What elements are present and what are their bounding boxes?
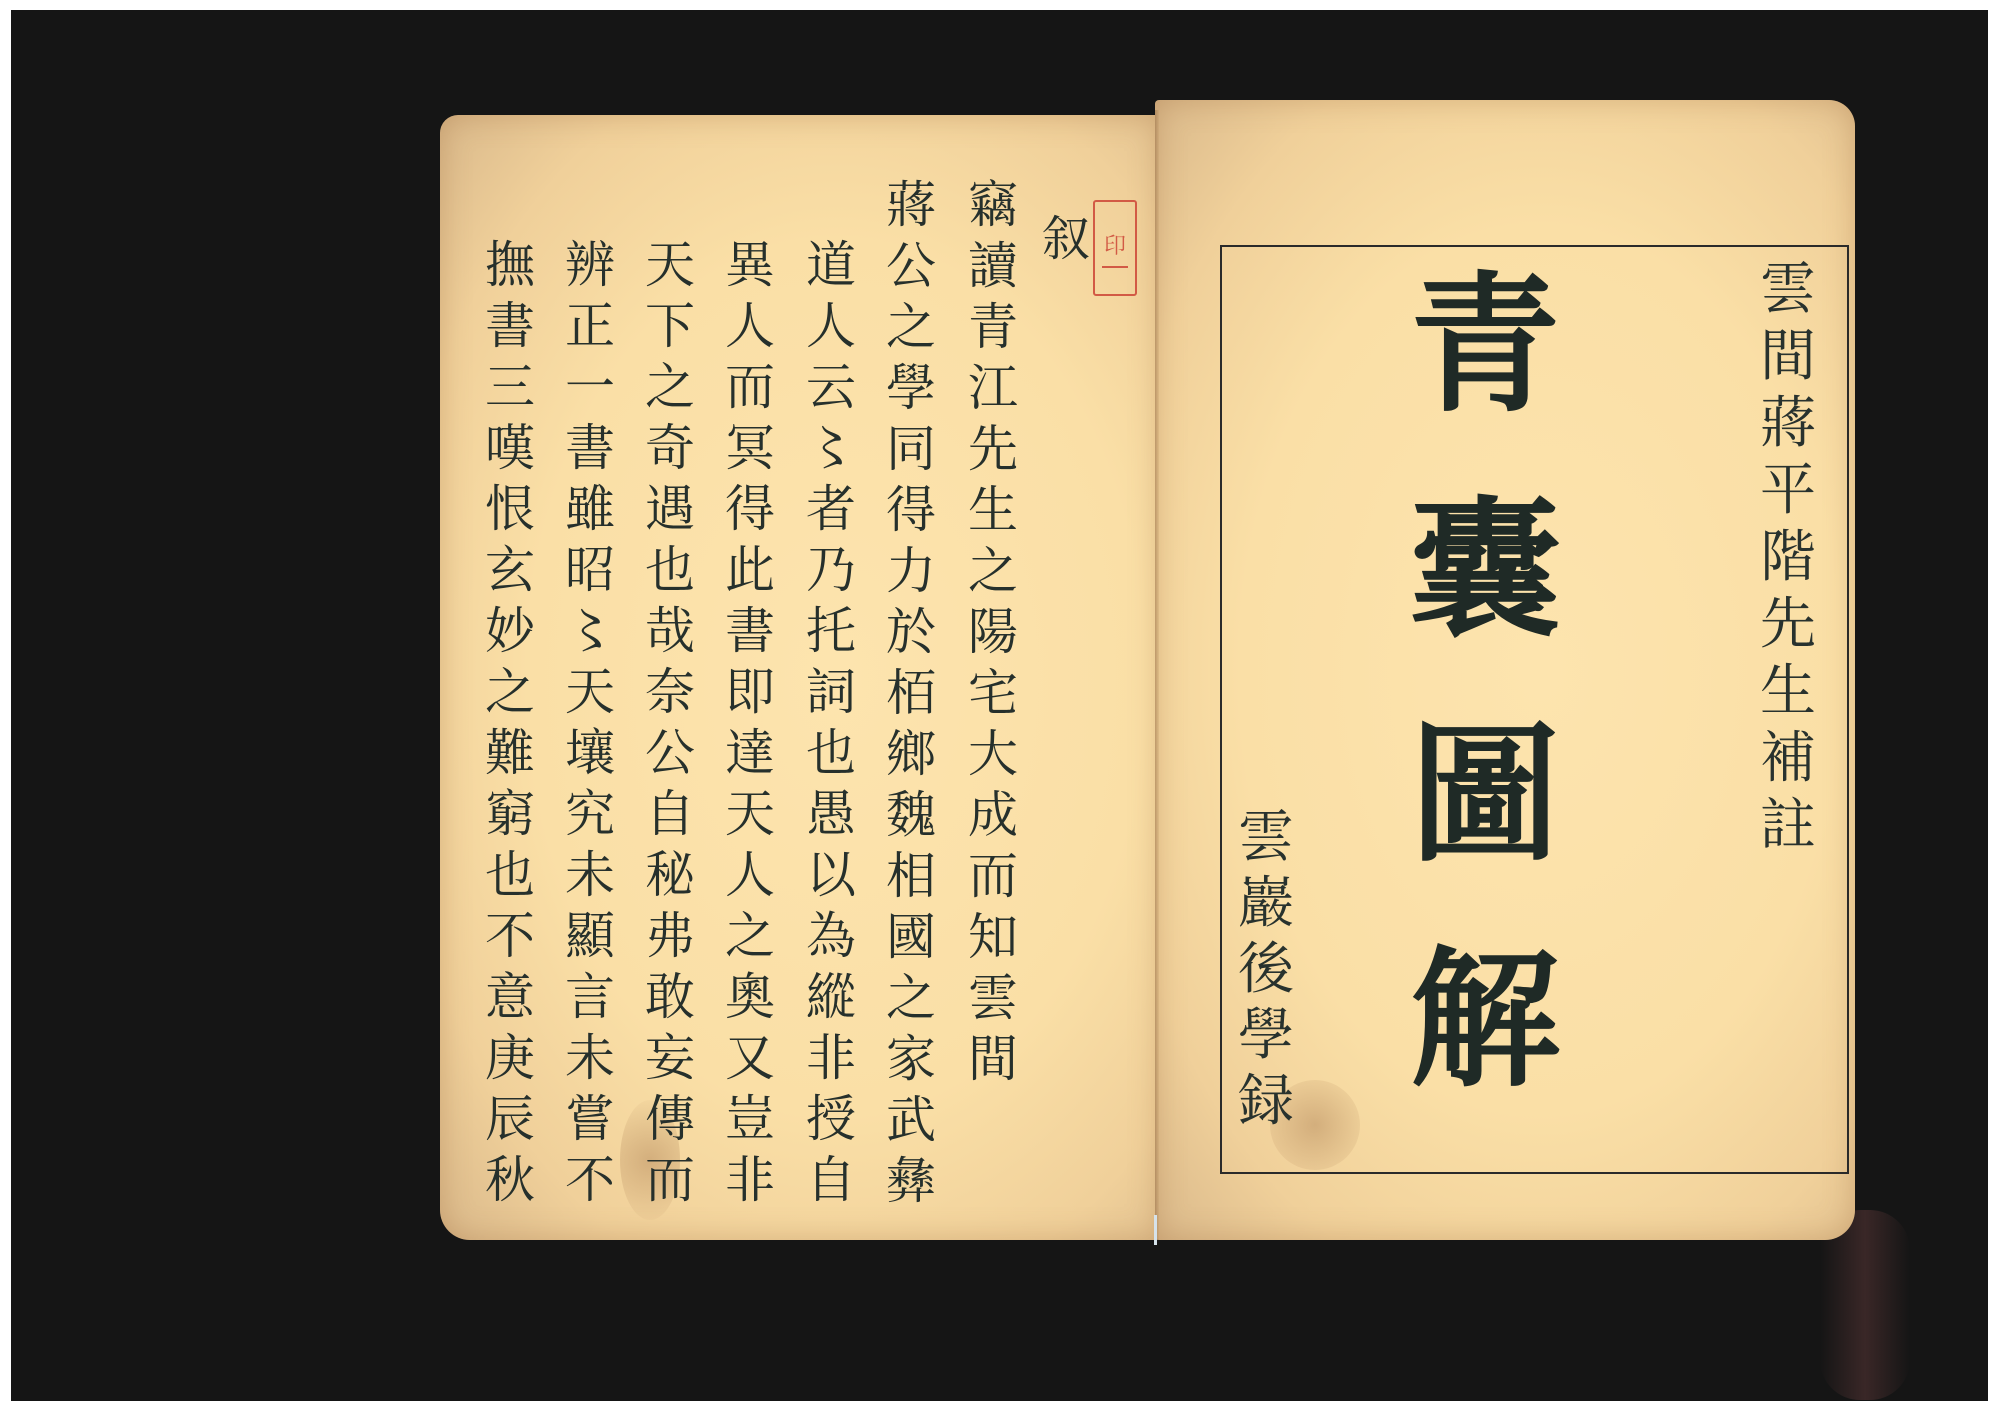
red-seal-stamp: 印 [1093, 200, 1137, 296]
text-char: 之 [645, 362, 695, 423]
preface-column-6: 辨正一書雖昭〻天壤究未顯言未嘗不 [565, 240, 615, 1216]
text-char: 間 [1760, 329, 1816, 396]
text-char: 公 [645, 728, 695, 789]
text-char: 秋 [485, 1155, 535, 1216]
text-char: 先 [1760, 597, 1816, 664]
text-char: 難 [485, 728, 535, 789]
text-char: 竊 [968, 180, 1018, 241]
text-char: 雖 [565, 484, 615, 545]
text-char: 宅 [968, 668, 1018, 729]
text-char: 補 [1760, 731, 1816, 798]
text-char: 註 [1760, 798, 1816, 865]
text-char: 人 [725, 301, 775, 362]
text-char: 相 [886, 851, 936, 912]
recorder-line: 雲巖後學録 [1238, 810, 1294, 1140]
text-char: 此 [725, 545, 775, 606]
text-char: 托 [806, 606, 856, 667]
text-char: 間 [968, 1034, 1018, 1095]
text-char: 奇 [645, 423, 695, 484]
text-char: 窮 [485, 789, 535, 850]
text-char: 平 [1760, 463, 1816, 530]
text-char: 三 [485, 362, 535, 423]
text-char: 大 [968, 729, 1018, 790]
text-char: 也 [806, 728, 856, 789]
text-char: 一 [565, 362, 615, 423]
text-char: 未 [565, 1033, 615, 1094]
text-char: 正 [565, 301, 615, 362]
text-char: 雲 [968, 973, 1018, 1034]
text-char: 辨 [565, 240, 615, 301]
author-annotation-line: 雲間蔣平階先生補註 [1760, 262, 1816, 865]
text-char: 昭 [565, 545, 615, 606]
preface-column-4: 異人而冥得此書即達天人之奧又豈非 [725, 240, 775, 1216]
preface-column-5: 天下之奇遇也哉奈公自秘弗敢妄傳而 [645, 240, 695, 1216]
text-char: 又 [725, 1033, 775, 1094]
preface-column-7: 撫書三嘆恨玄妙之難窮也不意庚辰秋 [485, 240, 535, 1216]
text-char: 讀 [968, 241, 1018, 302]
text-char: 彝 [886, 1156, 936, 1217]
text-char: 之 [886, 302, 936, 363]
text-char: 愚 [806, 789, 856, 850]
text-char: 而 [645, 1155, 695, 1216]
text-char: 陽 [968, 607, 1018, 668]
text-char: 之 [886, 973, 936, 1034]
text-char: 非 [806, 1033, 856, 1094]
text-char: 云 [806, 362, 856, 423]
text-char: 解 [1410, 945, 1560, 1170]
text-char: 究 [565, 789, 615, 850]
text-char: 縱 [806, 972, 856, 1033]
text-char: 即 [725, 667, 775, 728]
text-char: 鄉 [886, 729, 936, 790]
text-char: 也 [645, 545, 695, 606]
text-char: 得 [725, 484, 775, 545]
text-char: 武 [886, 1095, 936, 1156]
text-char: 自 [806, 1155, 856, 1216]
text-char: 言 [565, 972, 615, 1033]
text-char: 得 [886, 485, 936, 546]
text-char: 生 [1760, 664, 1816, 731]
text-char: 恨 [485, 484, 535, 545]
text-char: 敢 [645, 972, 695, 1033]
text-char: 而 [725, 362, 775, 423]
text-char: 之 [725, 911, 775, 972]
text-char: 生 [968, 485, 1018, 546]
text-char: 巖 [1238, 876, 1294, 942]
text-char: 妙 [485, 606, 535, 667]
text-char: 後 [1238, 942, 1294, 1008]
text-char: 哉 [645, 606, 695, 667]
text-char: 力 [886, 546, 936, 607]
text-char: 不 [485, 911, 535, 972]
text-char: 公 [886, 241, 936, 302]
text-char: 弗 [645, 911, 695, 972]
preface-column-1: 竊讀青江先生之陽宅大成而知雲間 [968, 180, 1018, 1095]
text-char: 壤 [565, 728, 615, 789]
binding-thread [1154, 1215, 1157, 1245]
text-char: 學 [1238, 1008, 1294, 1074]
text-char: 以 [806, 850, 856, 911]
preface-heading: 叙 [1042, 215, 1090, 263]
text-char: 意 [485, 972, 535, 1033]
text-char: 先 [968, 424, 1018, 485]
text-char: 秘 [645, 850, 695, 911]
text-char: 妄 [645, 1033, 695, 1094]
text-char: 玄 [485, 545, 535, 606]
text-char: 〻 [565, 606, 615, 667]
text-char: 達 [725, 728, 775, 789]
text-char: 授 [806, 1094, 856, 1155]
heading-char: 叙 [1042, 215, 1090, 263]
text-char: 天 [725, 789, 775, 850]
text-char: 青 [968, 302, 1018, 363]
text-char: 撫 [485, 240, 535, 301]
text-char: 異 [725, 240, 775, 301]
text-char: 囊 [1410, 495, 1560, 720]
text-char: 魏 [886, 790, 936, 851]
text-char: 之 [485, 667, 535, 728]
text-char: 録 [1238, 1074, 1294, 1140]
text-char: 也 [485, 850, 535, 911]
text-char: 人 [806, 301, 856, 362]
text-char: 而 [968, 851, 1018, 912]
text-char: 栢 [886, 668, 936, 729]
text-char: 為 [806, 911, 856, 972]
seal-glyph: 印 [1104, 229, 1126, 260]
text-char: 詞 [806, 667, 856, 728]
text-char: 國 [886, 912, 936, 973]
text-char: 蔣 [886, 180, 936, 241]
text-char: 自 [645, 789, 695, 850]
text-char: 青 [1410, 270, 1560, 495]
text-char: 書 [725, 606, 775, 667]
text-char: 同 [886, 424, 936, 485]
text-char: 道 [806, 240, 856, 301]
text-char: 非 [725, 1155, 775, 1216]
text-char: 顯 [565, 911, 615, 972]
text-char: 階 [1760, 530, 1816, 597]
text-char: 雲 [1238, 810, 1294, 876]
text-char: 書 [485, 301, 535, 362]
text-char: 庚 [485, 1033, 535, 1094]
text-char: 天 [565, 667, 615, 728]
text-char: 於 [886, 607, 936, 668]
text-char: 傳 [645, 1094, 695, 1155]
preface-column-3: 道人云〻者乃托詞也愚以為縱非授自 [806, 240, 856, 1216]
text-char: 天 [645, 240, 695, 301]
text-char: 嘆 [485, 423, 535, 484]
preface-column-2: 蔣公之學同得力於栢鄉魏相國之家武彝 [886, 180, 936, 1217]
text-char: 家 [886, 1034, 936, 1095]
text-char: 江 [968, 363, 1018, 424]
book-title: 青囊圖解 [1410, 270, 1560, 1170]
text-char: 〻 [806, 423, 856, 484]
text-char: 嘗 [565, 1094, 615, 1155]
text-char: 者 [806, 484, 856, 545]
text-char: 未 [565, 850, 615, 911]
text-char: 蔣 [1760, 396, 1816, 463]
text-char: 圖 [1410, 720, 1560, 945]
text-char: 下 [645, 301, 695, 362]
text-char: 豈 [725, 1094, 775, 1155]
text-char: 乃 [806, 545, 856, 606]
book-gutter [1155, 110, 1159, 1240]
left-page [440, 115, 1160, 1240]
text-char: 之 [968, 546, 1018, 607]
text-char: 雲 [1760, 262, 1816, 329]
text-char: 知 [968, 912, 1018, 973]
text-char: 冥 [725, 423, 775, 484]
text-char: 不 [565, 1155, 615, 1216]
text-char: 學 [886, 363, 936, 424]
text-char: 奈 [645, 667, 695, 728]
text-char: 書 [565, 423, 615, 484]
text-char: 辰 [485, 1094, 535, 1155]
seal-line [1102, 266, 1128, 268]
text-char: 成 [968, 790, 1018, 851]
text-char: 遇 [645, 484, 695, 545]
text-char: 人 [725, 850, 775, 911]
text-char: 奧 [725, 972, 775, 1033]
